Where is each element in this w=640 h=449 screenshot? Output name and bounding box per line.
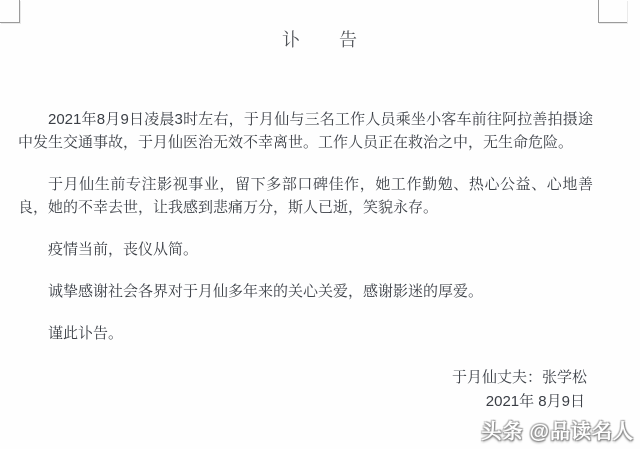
paragraph-accident-notice: 2021年8月9日凌晨3时左右，于月仙与三名工作人员乘坐小客车前往阿拉善拍摄途中…: [18, 108, 593, 154]
document-page: 讣 告 2021年8月9日凌晨3时左右，于月仙与三名工作人员乘坐小客车前往阿拉善…: [0, 0, 640, 449]
page-margin-corner-mark-top-right: [598, 0, 627, 23]
signature-date-line: 2021年 8月9日: [18, 390, 587, 414]
page-margin-corner-mark-top-left: [0, 0, 20, 23]
signature-name-line: 于月仙丈夫：张学松: [18, 366, 587, 390]
paragraph-funeral-arrangement: 疫情当前，丧仪从简。: [18, 238, 593, 261]
toutiao-watermark: 头条@品读名人: [481, 415, 634, 444]
obituary-title: 讣 告: [0, 26, 640, 52]
obituary-body: 2021年8月9日凌晨3时左右，于月仙与三名工作人员乘坐小客车前往阿拉善拍摄途中…: [18, 108, 593, 414]
signature-block: 于月仙丈夫：张学松 2021年 8月9日: [18, 366, 593, 414]
toutiao-logo-text: 头条: [481, 421, 523, 443]
paragraph-tribute: 于月仙生前专注影视事业，留下多部口碑佳作，她工作勤勉、热心公益、心地善良，她的不…: [18, 173, 593, 219]
paragraph-thanks: 诚挚感谢社会各界对于月仙多年来的关心关爱，感谢影迷的厚爱。: [18, 280, 593, 303]
watermark-account-handle: @品读名人: [529, 421, 634, 443]
paragraph-closing: 谨此讣告。: [18, 322, 593, 345]
